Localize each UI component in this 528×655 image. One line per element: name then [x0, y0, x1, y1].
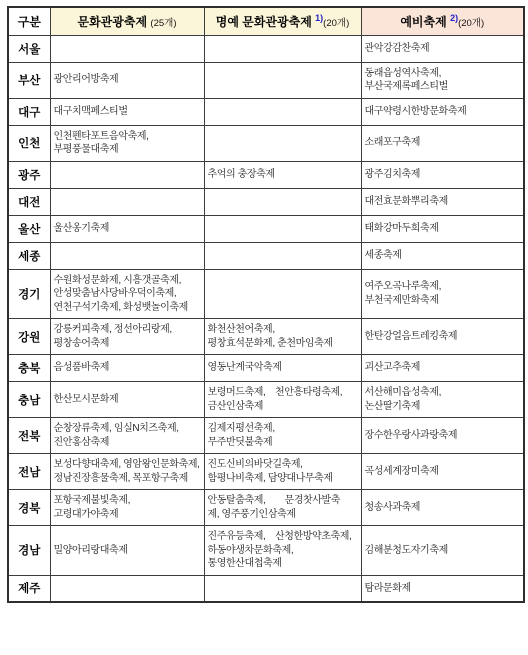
honorary-festival-cell: 보령머드축제, 천안흥타령축제, 금산인삼축제	[204, 382, 361, 418]
table-row: 경북포항국제불빛축제, 고령대가야축제안동탈춤축제, 문경찻사발축 제, 영주풍…	[8, 490, 524, 526]
table-header: 구분 문화관광축제 (25개) 명예 문화관광축제 1)(20개) 예비축제 2…	[8, 7, 524, 35]
cultural-festival-cell	[50, 161, 204, 188]
header-preliminary-title: 예비축제	[400, 15, 446, 29]
region-label: 서울	[8, 35, 50, 62]
cultural-festival-cell	[50, 35, 204, 62]
table-row: 경남밀양아리랑대축제진주유등축제, 산청한방약초축제, 하동야생차문화축제, 통…	[8, 526, 524, 576]
festival-table: 구분 문화관광축제 (25개) 명예 문화관광축제 1)(20개) 예비축제 2…	[7, 6, 525, 603]
region-label: 제주	[8, 575, 50, 602]
header-cultural-title: 문화관광축제	[78, 15, 148, 29]
preliminary-festival-cell: 대구약령시한방문화축제	[361, 98, 524, 125]
cultural-festival-cell: 포항국제불빛축제, 고령대가야축제	[50, 490, 204, 526]
region-label: 전북	[8, 418, 50, 454]
preliminary-festival-cell: 김해분청도자기축제	[361, 526, 524, 576]
cultural-festival-cell: 울산옹기축제	[50, 215, 204, 242]
cultural-festival-cell: 대구치맥페스티벌	[50, 98, 204, 125]
honorary-festival-cell	[204, 242, 361, 269]
honorary-festival-cell: 추억의 충장축제	[204, 161, 361, 188]
header-preliminary-festival: 예비축제 2)(20개)	[361, 7, 524, 35]
cultural-festival-cell: 인천펜타포트음악축제, 부평풍물대축제	[50, 125, 204, 161]
table-body: 서울관악강감찬축제부산광안리어방축제동래읍성역사축제, 부산국제록페스티벌대구대…	[8, 35, 524, 602]
honorary-festival-cell	[204, 188, 361, 215]
cultural-festival-cell: 밀양아리랑대축제	[50, 526, 204, 576]
table-row: 전북순창장류축제, 임실N치즈축제, 진안홍삼축제김제지평선축제, 무주반딧불축…	[8, 418, 524, 454]
region-label: 강원	[8, 319, 50, 355]
preliminary-festival-cell: 서산해미읍성축제, 논산딸기축제	[361, 382, 524, 418]
preliminary-festival-cell: 대전효문화뿌리축제	[361, 188, 524, 215]
preliminary-festival-cell: 한탄강얼음트레킹축제	[361, 319, 524, 355]
honorary-festival-cell	[204, 62, 361, 98]
preliminary-festival-cell: 탐라문화제	[361, 575, 524, 602]
region-label: 인천	[8, 125, 50, 161]
region-label: 경남	[8, 526, 50, 576]
cultural-festival-cell: 수원화성문화제, 시흥갯골축제, 안성맞춤남사당바우덕이축제, 연천구석기축제,…	[50, 269, 204, 319]
table-row: 충북음성품바축제영동난계국악축제괴산고추축제	[8, 355, 524, 382]
table-row: 서울관악강감찬축제	[8, 35, 524, 62]
cultural-festival-cell	[50, 242, 204, 269]
honorary-festival-cell	[204, 575, 361, 602]
cultural-festival-cell: 광안리어방축제	[50, 62, 204, 98]
region-label: 경북	[8, 490, 50, 526]
table-row: 세종세종축제	[8, 242, 524, 269]
header-cultural-festival: 문화관광축제 (25개)	[50, 7, 204, 35]
region-label: 광주	[8, 161, 50, 188]
region-label: 세종	[8, 242, 50, 269]
region-label: 부산	[8, 62, 50, 98]
preliminary-festival-cell: 동래읍성역사축제, 부산국제록페스티벌	[361, 62, 524, 98]
honorary-festival-cell	[204, 269, 361, 319]
table-row: 강원강릉커피축제, 정선아리랑제, 평창송어축제화천산천어축제, 평창효석문화제…	[8, 319, 524, 355]
preliminary-festival-cell: 청송사과축제	[361, 490, 524, 526]
honorary-festival-cell: 안동탈춤축제, 문경찻사발축 제, 영주풍기인삼축제	[204, 490, 361, 526]
preliminary-festival-cell: 태화강마두희축제	[361, 215, 524, 242]
table-row: 광주추억의 충장축제광주김치축제	[8, 161, 524, 188]
document-page: 구분 문화관광축제 (25개) 명예 문화관광축제 1)(20개) 예비축제 2…	[0, 0, 528, 655]
region-label: 대전	[8, 188, 50, 215]
header-honorary-title: 명예 문화관광축제	[216, 15, 312, 29]
table-row: 대전대전효문화뿌리축제	[8, 188, 524, 215]
cultural-festival-cell: 보성다향대축제, 영암왕인문화축제, 정남진장흥물축제, 목포항구축제	[50, 454, 204, 490]
table-row: 울산울산옹기축제태화강마두희축제	[8, 215, 524, 242]
header-row: 구분 문화관광축제 (25개) 명예 문화관광축제 1)(20개) 예비축제 2…	[8, 7, 524, 35]
footnote-ref-1: 1)	[315, 13, 323, 23]
cultural-festival-cell: 강릉커피축제, 정선아리랑제, 평창송어축제	[50, 319, 204, 355]
region-label: 울산	[8, 215, 50, 242]
honorary-festival-cell	[204, 215, 361, 242]
header-cultural-count: (25개)	[150, 18, 176, 29]
preliminary-festival-cell: 관악강감찬축제	[361, 35, 524, 62]
region-label: 경기	[8, 269, 50, 319]
honorary-festival-cell: 김제지평선축제, 무주반딧불축제	[204, 418, 361, 454]
region-label: 대구	[8, 98, 50, 125]
preliminary-festival-cell: 세종축제	[361, 242, 524, 269]
region-label: 충북	[8, 355, 50, 382]
table-row: 대구대구치맥페스티벌대구약령시한방문화축제	[8, 98, 524, 125]
header-honorary-count: (20개)	[323, 18, 349, 29]
cultural-festival-cell	[50, 575, 204, 602]
table-row: 인천인천펜타포트음악축제, 부평풍물대축제소래포구축제	[8, 125, 524, 161]
header-preliminary-count: (20개)	[458, 18, 484, 29]
cultural-festival-cell	[50, 188, 204, 215]
honorary-festival-cell: 진주유등축제, 산청한방약초축제, 하동야생차문화축제, 통영한산대첩축제	[204, 526, 361, 576]
honorary-festival-cell: 영동난계국악축제	[204, 355, 361, 382]
cultural-festival-cell: 한산모시문화제	[50, 382, 204, 418]
header-honorary-festival: 명예 문화관광축제 1)(20개)	[204, 7, 361, 35]
region-label: 전남	[8, 454, 50, 490]
table-row: 부산광안리어방축제동래읍성역사축제, 부산국제록페스티벌	[8, 62, 524, 98]
honorary-festival-cell	[204, 98, 361, 125]
preliminary-festival-cell: 여주오곡나루축제, 부천국제만화축제	[361, 269, 524, 319]
preliminary-festival-cell: 광주김치축제	[361, 161, 524, 188]
table-row: 경기수원화성문화제, 시흥갯골축제, 안성맞춤남사당바우덕이축제, 연천구석기축…	[8, 269, 524, 319]
cultural-festival-cell: 음성품바축제	[50, 355, 204, 382]
table-row: 제주탐라문화제	[8, 575, 524, 602]
header-category: 구분	[8, 7, 50, 35]
table-row: 전남보성다향대축제, 영암왕인문화축제, 정남진장흥물축제, 목포항구축제진도신…	[8, 454, 524, 490]
honorary-festival-cell	[204, 35, 361, 62]
footnote-ref-2: 2)	[450, 13, 458, 23]
honorary-festival-cell	[204, 125, 361, 161]
preliminary-festival-cell: 장수한우랑사과랑축제	[361, 418, 524, 454]
honorary-festival-cell: 진도신비의바닷길축제, 함평나비축제, 담양대나무축제	[204, 454, 361, 490]
region-label: 충남	[8, 382, 50, 418]
honorary-festival-cell: 화천산천어축제, 평창효석문화제, 춘천마임축제	[204, 319, 361, 355]
cultural-festival-cell: 순창장류축제, 임실N치즈축제, 진안홍삼축제	[50, 418, 204, 454]
preliminary-festival-cell: 괴산고추축제	[361, 355, 524, 382]
table-row: 충남한산모시문화제보령머드축제, 천안흥타령축제, 금산인삼축제서산해미읍성축제…	[8, 382, 524, 418]
preliminary-festival-cell: 곡성세계장미축제	[361, 454, 524, 490]
preliminary-festival-cell: 소래포구축제	[361, 125, 524, 161]
